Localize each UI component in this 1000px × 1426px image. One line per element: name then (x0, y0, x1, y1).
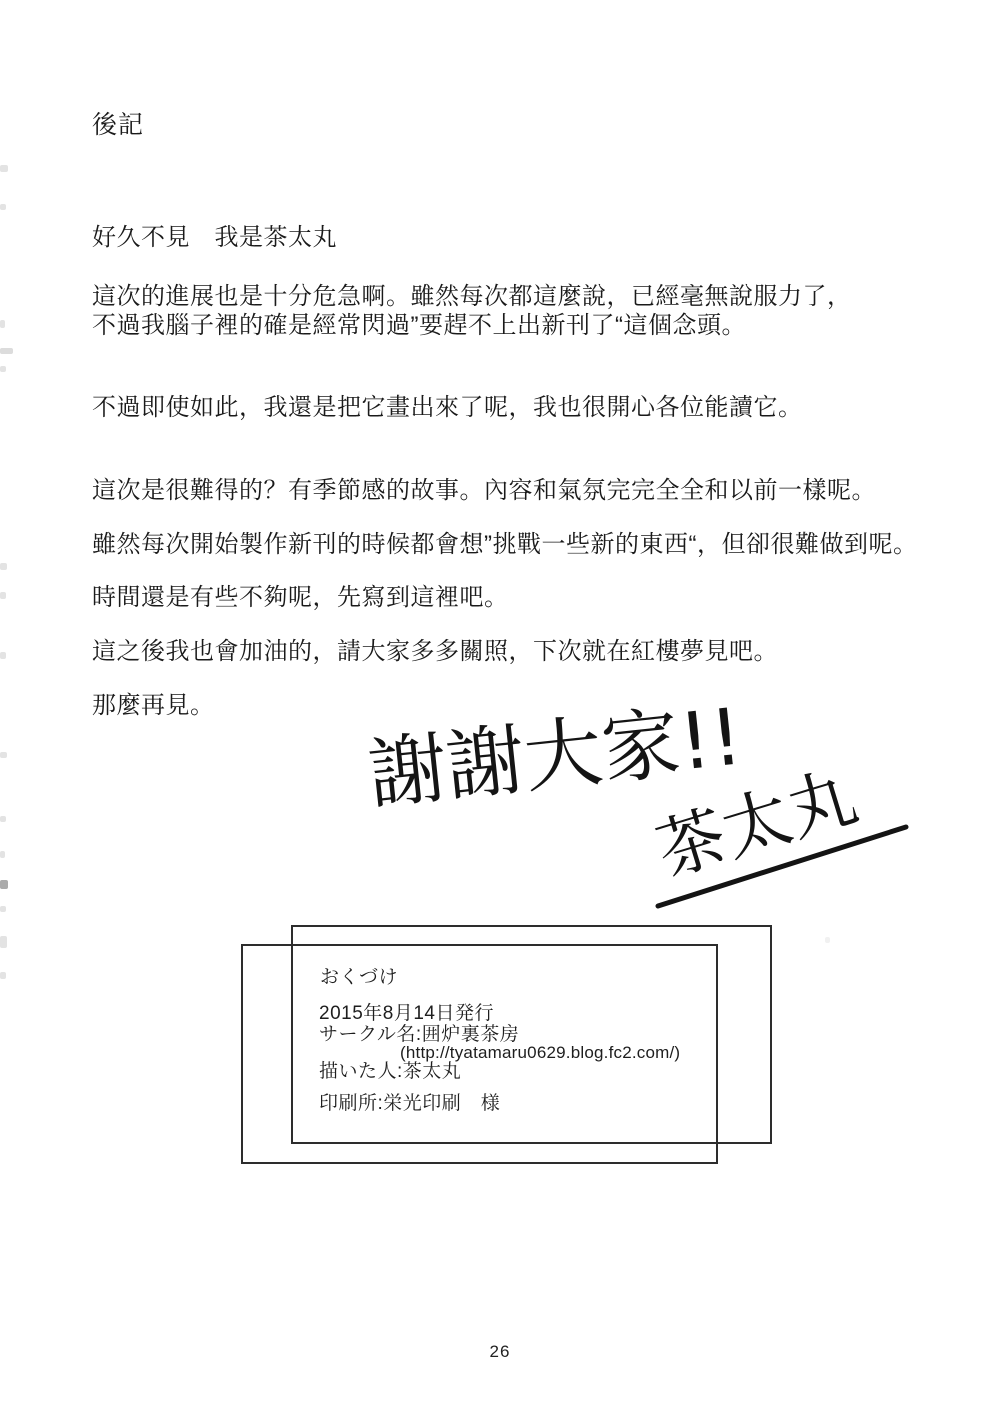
afterword-text-line: 雖然每次開始製作新刊的時候都會想”挑戰一些新的東西“，但卻很難做到呢。 (92, 531, 917, 560)
scan-artifact (0, 165, 8, 172)
scan-artifact (0, 816, 6, 822)
scan-artifact (0, 906, 6, 912)
colophon-printer: 印刷所:栄光印刷 様 (319, 1094, 500, 1115)
scan-artifact (0, 851, 5, 858)
afterword-text-line: 這次是很難得的？有季節感的故事。內容和氣氛完完全全和以前一樣呢。 (92, 477, 876, 506)
scan-artifact (0, 320, 5, 328)
scan-artifact (0, 752, 7, 758)
afterword-text-line: 時間還是有些不夠呢，先寫到這裡吧。 (92, 584, 509, 613)
afterword-text-line: 不過我腦子裡的確是經常閃過”要趕不上出新刊了“這個念頭。 (92, 312, 746, 341)
colophon-url: (http://tyatamaru0629.blog.fc2.com/) (400, 1044, 680, 1063)
afterword-text-line: 這次的進展也是十分危急啊。雖然每次都這麼說，已經毫無說服力了， (92, 283, 852, 312)
colophon-artist: 描いた人:茶太丸 (319, 1062, 461, 1083)
scan-artifact (0, 592, 6, 599)
afterword-greeting: 好久不見 我是茶太丸 (92, 224, 337, 253)
scan-artifact (0, 366, 6, 372)
scan-artifact (0, 204, 6, 210)
handwritten-thanks-text: 謝謝大家!! (365, 692, 747, 821)
afterword-text-line: 不過即使如此，我還是把它畫出來了呢，我也很開心各位能讀它。 (92, 394, 803, 423)
scan-artifact (0, 563, 7, 570)
scan-artifact (0, 652, 6, 659)
scan-artifact (0, 972, 6, 979)
handwritten-note: 謝謝大家!! 茶太丸 (350, 680, 930, 940)
afterword-page: 後記 好久不見 我是茶太丸 這次的進展也是十分危急啊。雖然每次都這麼說，已經毫無… (0, 0, 1000, 1426)
colophon-heading: おくづけ (320, 968, 398, 989)
afterword-text-line: 那麼再見。 (92, 692, 215, 721)
scan-artifact (0, 880, 8, 889)
afterword-heading: 後記 (92, 112, 144, 140)
afterword-text-line: 這之後我也會加油的，請大家多多關照，下次就在紅樓夢見吧。 (92, 638, 778, 667)
scan-artifact (0, 936, 7, 948)
colophon-date: 2015年8月14日発行 (319, 1004, 494, 1025)
page-number: 26 (0, 1342, 1000, 1362)
scan-artifact (0, 348, 13, 354)
